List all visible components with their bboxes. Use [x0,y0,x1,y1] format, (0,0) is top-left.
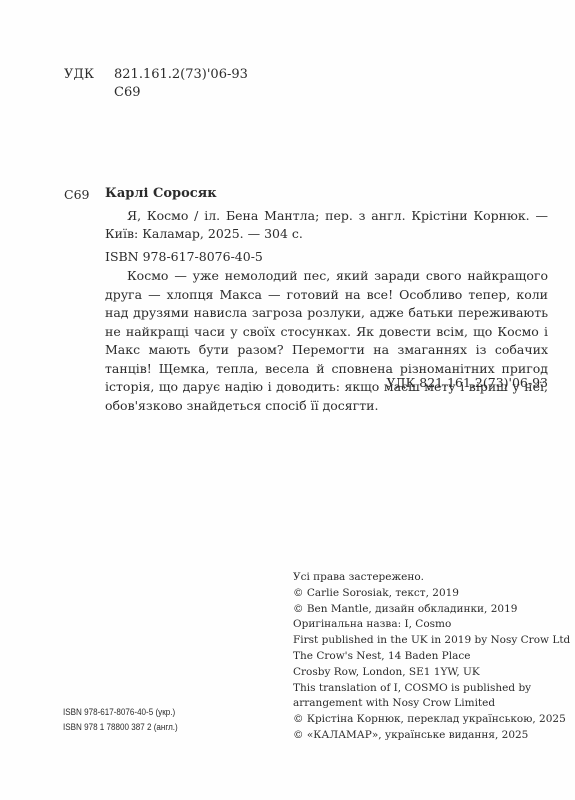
rights-block: Усі права застережено. © Carlie Sorosiak… [293,570,563,744]
rights-line: Crosby Row, London, SE1 1YW, UK [293,665,563,681]
rights-line: arrangement with Nosy Crow Limited [293,696,563,712]
isbn-list: ISBN 978-617-8076-40-5 (укр.) ISBN 978 1… [63,705,178,735]
udk-label: УДК [64,66,114,84]
rights-line: The Crow's Nest, 14 Baden Place [293,649,563,665]
udk-code: 821.161.2(73)'06-93 [114,66,248,84]
catalog-author: Карлі Соросяк [105,186,217,201]
isbn-ukr: ISBN 978-617-8076-40-5 (укр.) [63,705,178,720]
udk-header: УДК 821.161.2(73)'06-93 С69 [64,66,248,102]
author-mark: С69 [114,84,141,102]
rights-line: This translation of I, COSMO is publishe… [293,681,563,697]
rights-line: © Крістіна Корнюк, переклад українською,… [293,712,563,728]
rights-line: First published in the UK in 2019 by Nos… [293,633,563,649]
catalog-code: С69 [64,187,89,202]
isbn-eng: ISBN 978 1 78800 387 2 (англ.) [63,720,178,735]
udk-footer: УДК 821.161.2(73)'06-93 [386,375,548,390]
book-annotation: Космо — уже немолодий пес, який заради с… [105,267,548,415]
rights-line: Усі права застережено. [293,570,563,586]
rights-line: © Carlie Sorosiak, текст, 2019 [293,586,563,602]
catalog-isbn: ISBN 978-617-8076-40-5 [105,249,263,264]
rights-line: © Ben Mantle, дизайн обкладинки, 2019 [293,602,563,618]
imprint-page: УДК 821.161.2(73)'06-93 С69 С69 Карлі Со… [0,0,575,800]
catalog-description: Я, Космо / іл. Бена Мантла; пер. з англ.… [105,207,548,243]
rights-line: Оригінальна назва: I, Cosmo [293,617,563,633]
rights-line: © «КАЛАМАР», українське видання, 2025 [293,728,563,744]
